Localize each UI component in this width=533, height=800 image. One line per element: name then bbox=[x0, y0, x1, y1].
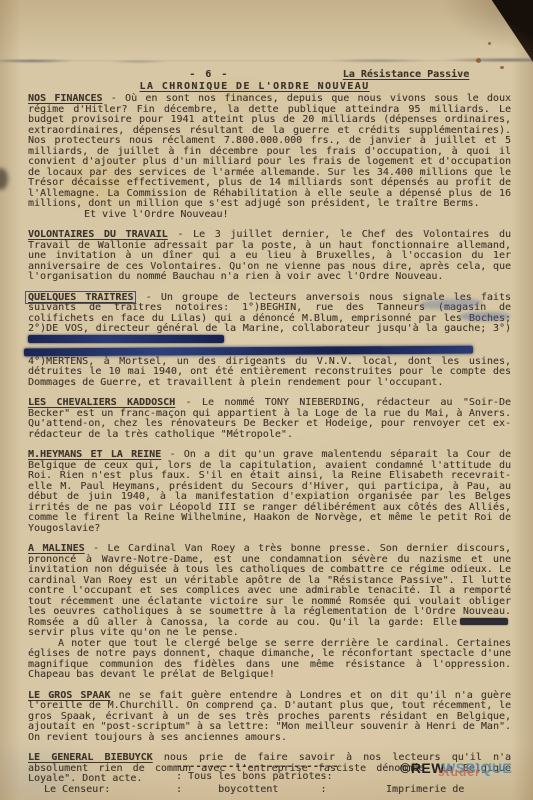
archive-watermark: ©REWWSBIQUE studer bbox=[400, 760, 512, 776]
section-body: - On a dit qu'un grave malentendu sépara… bbox=[28, 449, 511, 534]
section-body-part1: - Le Cardinal Van Roey a très bonne pres… bbox=[28, 543, 511, 628]
section-heymans-et-la-reine: M.HEYMANS ET LA REINE - On a dit qu'un g… bbox=[28, 450, 511, 534]
scanned-paper-background: - 6 - La Résistance Passive LA CHRONIQUE… bbox=[0, 0, 533, 800]
section-note-paragraph: A noter que tout le clergé belge se serr… bbox=[28, 639, 511, 681]
masthead-title: La Résistance Passive bbox=[343, 70, 469, 81]
section-nos-finances: NOS FINANCES - Où en sont nos finances, … bbox=[28, 94, 511, 220]
section-heading: LES CHEVALIERS KADDOSCH bbox=[28, 397, 175, 408]
watermark-red-text: studer bbox=[438, 765, 481, 779]
section-body-part2: servir plus vite qu'on ne le pense. bbox=[28, 627, 239, 638]
ink-redaction-bar bbox=[28, 335, 224, 343]
page-number: - 6 - bbox=[189, 70, 229, 81]
footer-patriotes-line: : Tous les bons patriotes: bbox=[176, 772, 333, 783]
section-a-malines: A MALINES - Le Cardinal Van Roey a très … bbox=[28, 544, 511, 681]
footer-censor-label: Le Censeur: bbox=[44, 785, 110, 796]
rust-stain bbox=[488, 42, 491, 45]
torn-corner bbox=[447, 0, 533, 62]
ink-blot bbox=[0, 168, 8, 190]
section-heading: A MALINES bbox=[28, 543, 85, 554]
section-heading: M.HEYMANS ET LA REINE bbox=[28, 449, 161, 460]
section-closing-line: Et vive l'Ordre Nouveau! bbox=[28, 210, 511, 221]
section-chevaliers-kaddosch: LES CHEVALIERS KADDOSCH - Le nommé TONY … bbox=[28, 398, 511, 440]
footer-printer-label: Imprimerie de bbox=[386, 785, 464, 796]
ink-redaction-bar bbox=[24, 345, 473, 356]
section-heading: LE GROS SPAAK bbox=[28, 690, 110, 701]
section-heading: VOLONTAIRES DU TRAVAIL bbox=[28, 229, 168, 240]
blue-ink-smudge bbox=[460, 312, 510, 321]
page-content: - 6 - La Résistance Passive LA CHRONIQUE… bbox=[28, 70, 511, 800]
section-heading: NOS FINANCES bbox=[28, 93, 103, 104]
fold-crease bbox=[0, 56, 533, 65]
page-header: - 6 - La Résistance Passive bbox=[28, 70, 511, 81]
section-body: - Où en sont nos finances, depuis que no… bbox=[28, 93, 511, 209]
section-volontaires-du-travail: VOLONTAIRES DU TRAVAIL - Le 3 juillet de… bbox=[28, 230, 511, 283]
page-title: LA CHRONIQUE DE L'ORDRE NOUVEAU bbox=[28, 82, 481, 93]
section-le-gros-spaak: LE GROS SPAAK ne se fait guère entendre … bbox=[28, 691, 511, 744]
section-body-after-redaction: 4°)MERTENS, à Mortsel, un des dirigeants… bbox=[28, 356, 511, 388]
rust-stain bbox=[500, 66, 504, 69]
ink-strikethrough bbox=[460, 618, 508, 625]
rust-stain bbox=[476, 58, 481, 63]
footer-boycott-line: : boycottent : bbox=[176, 785, 327, 796]
